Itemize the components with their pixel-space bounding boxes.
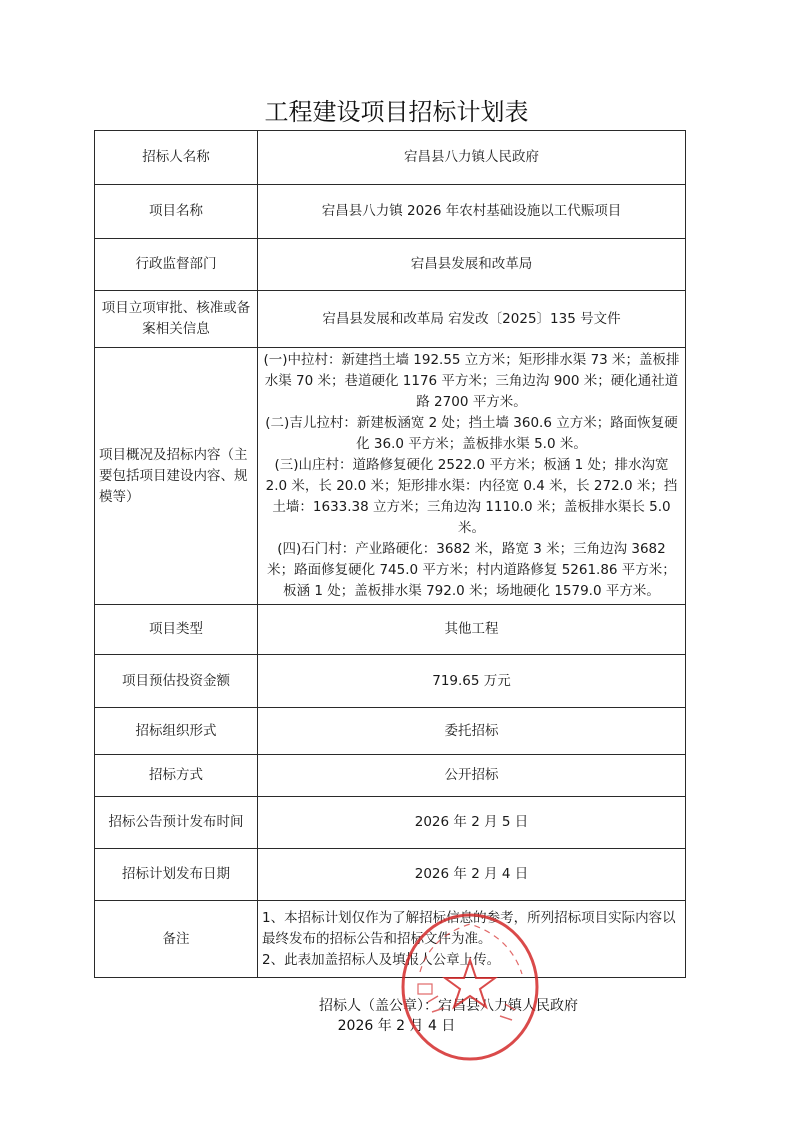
scope-item-shanzhuang: (三)山庄村：道路修复硬化 2522.0 平方米；板涵 1 处；排水沟宽 2.0… <box>262 455 681 539</box>
row-value-announcement-date: 2026 年 2 月 5 日 <box>258 797 686 849</box>
row-label-supervisor: 行政监督部门 <box>95 239 258 291</box>
scope-item-jierla: (二)吉儿拉村：新建板涵宽 2 处；挡土墙 360.6 立方米；路面恢复硬化 3… <box>262 413 681 455</box>
remark-2: 2、此表加盖招标人及填报人公章上传。 <box>262 950 681 971</box>
table-row: 备注 1、本招标计划仅作为了解招标信息的参考，所列招标项目实际内容以最终发布的招… <box>95 901 686 978</box>
row-label-remarks: 备注 <box>95 901 258 978</box>
table-row: 项目类型 其他工程 <box>95 605 686 655</box>
row-label-investment: 项目预估投资金额 <box>95 655 258 708</box>
row-value-investment: 719.65 万元 <box>258 655 686 708</box>
table-row: 项目概况及招标内容（主要包括项目建设内容、规模等） (一)中拉村：新建挡土墙 1… <box>95 348 686 605</box>
table-row: 招标公告预计发布时间 2026 年 2 月 5 日 <box>95 797 686 849</box>
table-row: 招标方式 公开招标 <box>95 755 686 797</box>
scope-item-zhongla: (一)中拉村：新建挡土墙 192.55 立方米；矩形排水渠 73 米；盖板排水渠… <box>262 350 681 413</box>
table-row: 招标组织形式 委托招标 <box>95 708 686 755</box>
row-label-project-type: 项目类型 <box>95 605 258 655</box>
row-value-project-type: 其他工程 <box>258 605 686 655</box>
row-label-approval-info: 项目立项审批、核准或备案相关信息 <box>95 291 258 348</box>
row-label-tender-method: 招标方式 <box>95 755 258 797</box>
page-title: 工程建设项目招标计划表 <box>0 92 793 127</box>
row-value-organization-form: 委托招标 <box>258 708 686 755</box>
table-row: 招标人名称 宕昌县八力镇人民政府 <box>95 131 686 185</box>
row-label-announcement-date: 招标公告预计发布时间 <box>95 797 258 849</box>
table-row: 招标计划发布日期 2026 年 2 月 4 日 <box>95 849 686 901</box>
table-row: 项目立项审批、核准或备案相关信息 宕昌县发展和改革局 宕发改〔2025〕135 … <box>95 291 686 348</box>
row-label-organization-form: 招标组织形式 <box>95 708 258 755</box>
table-row: 项目预估投资金额 719.65 万元 <box>95 655 686 708</box>
remark-1: 1、本招标计划仅作为了解招标信息的参考，所列招标项目实际内容以最终发布的招标公告… <box>262 908 681 950</box>
row-value-tenderer: 宕昌县八力镇人民政府 <box>258 131 686 185</box>
table-row: 行政监督部门 宕昌县发展和改革局 <box>95 239 686 291</box>
row-value-scope: (一)中拉村：新建挡土墙 192.55 立方米；矩形排水渠 73 米；盖板排水渠… <box>258 348 686 605</box>
row-value-remarks: 1、本招标计划仅作为了解招标信息的参考，所列招标项目实际内容以最终发布的招标公告… <box>258 901 686 978</box>
row-label-tenderer: 招标人名称 <box>95 131 258 185</box>
tender-plan-table: 招标人名称 宕昌县八力镇人民政府 项目名称 宕昌县八力镇 2026 年农村基础设… <box>94 130 686 978</box>
signature-date: 2026 年 2 月 4 日 <box>0 1015 793 1035</box>
row-value-tender-method: 公开招标 <box>258 755 686 797</box>
row-label-scope: 项目概况及招标内容（主要包括项目建设内容、规模等） <box>95 348 258 605</box>
scope-item-shimen: (四)石门村：产业路硬化：3682 米，路宽 3 米；三角边沟 3682 米；路… <box>262 539 681 602</box>
row-value-project-name: 宕昌县八力镇 2026 年农村基础设施以工代赈项目 <box>258 185 686 239</box>
row-value-plan-date: 2026 年 2 月 4 日 <box>258 849 686 901</box>
signature-tenderer: 招标人（盖公章）：宕昌县八力镇人民政府 <box>52 995 793 1015</box>
row-value-supervisor: 宕昌县发展和改革局 <box>258 239 686 291</box>
row-label-project-name: 项目名称 <box>95 185 258 239</box>
row-label-plan-date: 招标计划发布日期 <box>95 849 258 901</box>
row-value-approval-info: 宕昌县发展和改革局 宕发改〔2025〕135 号文件 <box>258 291 686 348</box>
table-row: 项目名称 宕昌县八力镇 2026 年农村基础设施以工代赈项目 <box>95 185 686 239</box>
